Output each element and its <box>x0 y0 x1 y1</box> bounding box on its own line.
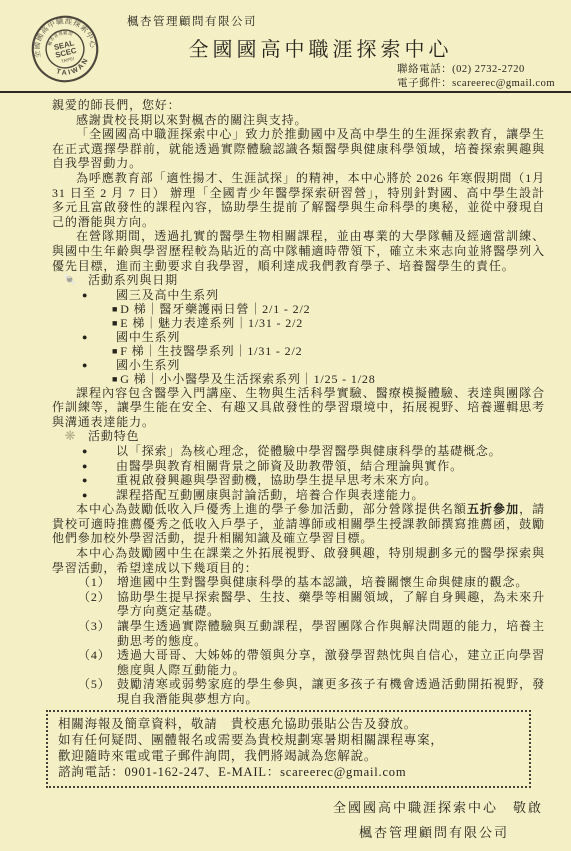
notice-line: 如有任何疑問、團體報名或需要為貴校規劃寒暑期相關課程專案， <box>58 732 519 748</box>
paragraph-team: 在營隊期間，透過扎實的醫學生物相關課程，並由專業的大學隊輔及經適當訓練、與國中生… <box>52 229 545 273</box>
candy-icon: 🍬 <box>63 273 78 288</box>
paragraph-goals-intro: 本中心為鼓勵國中生在課業之外拓展視野、啟發興趣，特別規劃多元的醫學探索與學習活動… <box>52 546 545 575</box>
paragraph-course: 課程內容包含醫學入門講座、生物與生活科學實驗、醫療模擬體驗、表達與團隊合作訓練等… <box>52 386 545 430</box>
feature-text: 課程搭配互動團康與討論活動，培養合作與表達能力。 <box>116 488 424 503</box>
series-group-label: 國小生系列 <box>116 358 180 372</box>
series-item-label: E 梯｜魅力表達系列｜1/31 - 2/2 <box>120 316 303 330</box>
series-item: ■ F 梯｜生技醫學系列｜1/31 - 2/2 <box>52 344 545 358</box>
series-group-label: 國中生系列 <box>116 330 180 344</box>
goal-number: （4） <box>78 648 117 677</box>
company-name: 楓杏管理顧問有限公司 <box>127 13 257 29</box>
goal-item: （2） 協助學生提早探索醫學、生技、藥學等相關領域，了解自身興趣，為未來升學方向… <box>52 590 545 619</box>
goal-number: （2） <box>78 590 117 619</box>
closing-signature: 全國國高中職涯探索中心 敬啟 楓杏管理顧問有限公司 <box>52 795 545 845</box>
series-item-label: D 梯｜醫牙藥護兩日營｜2/1 - 2/2 <box>120 302 310 316</box>
notice-line: 諮詢電話：0901-162-247、E-MAIL：scareerec@gmail… <box>58 764 519 780</box>
feature-item: ● 課程搭配互動團康與討論活動，培養合作與表達能力。 <box>52 488 545 503</box>
series-item-label: F 梯｜生技醫學系列｜1/31 - 2/2 <box>120 344 302 358</box>
goal-text: 協助學生提早探索醫學、生技、藥學等相關領域，了解自身興趣，為未來升學方向奠定基礎… <box>117 590 545 619</box>
feature-text: 重視啟發興趣與學習動機，協助學生提早思考未來方向。 <box>116 473 437 488</box>
contact-info: 聯絡電話：(02) 2732-2720 電子郵件：scareerec@gmail… <box>397 63 555 91</box>
bullet-icon: ● <box>82 473 91 488</box>
feature-text: 由醫學與教育相關背景之師資及助教帶領，結合理論與實作。 <box>116 459 463 474</box>
feature-item: ● 重視啟發興趣與學習動機，協助學生提早思考未來方向。 <box>52 473 545 488</box>
closing-organization: 全國國高中職涯探索中心 敬啟 <box>52 795 545 820</box>
paragraph-camp: 為呼應教育部「適性揚才、生涯試探」的精神，本中心將於 2026 年寒假期間（1月… <box>52 171 545 229</box>
contact-phone: 聯絡電話：(02) 2732-2720 <box>397 63 555 77</box>
series-item: ■ D 梯｜醫牙藥護兩日營｜2/1 - 2/2 <box>52 302 545 316</box>
discount-text-bold: 五折參加 <box>467 502 519 516</box>
series-item-label: G 梯｜小小醫學及生活探索系列｜1/25 - 1/28 <box>120 372 375 386</box>
goal-text: 透過大哥哥、大姊姊的帶領與分享，激發學習熱忱與自信心，建立正向學習態度與人際互動… <box>117 648 545 677</box>
goal-number: （5） <box>78 677 117 706</box>
series-item: ■ G 梯｜小小醫學及生活探索系列｜1/25 - 1/28 <box>52 372 545 386</box>
letter-page: 全國國高中職涯探索中心 TAIWAN 楓杏管理顧問 SEAL SCEC TAIP… <box>0 0 571 851</box>
notice-box: 相關海報及簡章資料，敬請 貴校惠允協助張貼公告及發放。 如有任何疑問、團體報名或… <box>46 710 531 789</box>
goal-item: （1） 增進國中生對醫學與健康科學的基本認識，培養關懷生命與健康的觀念。 <box>52 575 545 590</box>
square-bullet-icon: ■ <box>112 344 118 358</box>
goal-text: 讓學生透過實際體驗與互動課程，學習團隊合作與解決問題的能力，培養主動思考的態度。 <box>117 619 545 648</box>
bullet-icon: ● <box>82 488 91 503</box>
square-bullet-icon: ■ <box>112 372 118 386</box>
bullet-icon: ● <box>82 288 91 302</box>
series-group: ● 國小生系列 <box>52 358 545 372</box>
header-divider <box>0 91 571 93</box>
bullet-icon: ● <box>82 330 91 344</box>
notice-line: 相關海報及簡章資料，敬請 貴校惠允協助張貼公告及發放。 <box>58 716 519 732</box>
goal-item: （3） 讓學生透過實際體驗與互動課程，學習團隊合作與解決問題的能力，培養主動思考… <box>52 619 545 648</box>
series-group-label: 國三及高中生系列 <box>116 288 219 302</box>
series-item: ■ E 梯｜魅力表達系列｜1/31 - 2/2 <box>52 316 545 330</box>
square-bullet-icon: ■ <box>112 316 118 330</box>
feature-text: 以「探索」為核心理念，從體驗中學習醫學與健康科學的基礎概念。 <box>116 444 502 459</box>
paragraph-intro: 「全國國高中職涯探索中心」致力於推動國中及高中學生的生涯探索教育，讓學生在正式選… <box>52 127 545 171</box>
features-section-heading: ❋ 活動特色 <box>52 429 545 444</box>
goal-item: （4） 透過大哥哥、大姊姊的帶領與分享，激發學習熱忱與自信心，建立正向學習態度與… <box>52 648 545 677</box>
notice-line: 歡迎隨時來電或電子郵件詢問，我們將竭誠為您解說。 <box>58 748 519 764</box>
bullet-icon: ● <box>82 444 91 459</box>
greeting: 親愛的師長們，您好： <box>52 98 545 113</box>
goal-number: （3） <box>78 619 117 648</box>
page-title: 全國國高中職涯探索中心 <box>70 33 571 62</box>
paragraph-discount: 本中心為鼓勵低收入戶優秀上進的學子參加活動，部分營隊提供名額五折參加，請貴校可適… <box>52 502 545 546</box>
goal-number: （1） <box>78 575 117 590</box>
sparkle-icon: ❋ <box>63 429 78 444</box>
closing-company: 楓杏管理顧問有限公司 <box>52 820 545 845</box>
letter-body: 親愛的師長們，您好： 感謝貴校長期以來對楓杏的關注與支持。 「全國國高中職涯探索… <box>52 98 545 845</box>
paragraph-thanks: 感謝貴校長期以來對楓杏的關注與支持。 <box>52 113 545 128</box>
goal-item: （5） 鼓勵清寒或弱勢家庭的學生參與，讓更多孩子有機會透過活動開拓視野，發現自我… <box>52 677 545 706</box>
feature-item: ● 以「探索」為核心理念，從體驗中學習醫學與健康科學的基礎概念。 <box>52 444 545 459</box>
series-group: ● 國三及高中生系列 <box>52 288 545 302</box>
bullet-icon: ● <box>82 459 91 474</box>
letterhead: 全國國高中職涯探索中心 TAIWAN 楓杏管理顧問 SEAL SCEC TAIP… <box>0 0 571 93</box>
contact-email: 電子郵件：scareerec@gmail.com <box>397 77 555 91</box>
goal-text: 鼓勵清寒或弱勢家庭的學生參與，讓更多孩子有機會透過活動開拓視野，發現自我潛能與夢… <box>117 677 545 706</box>
feature-item: ● 由醫學與教育相關背景之師資及助教帶領，結合理論與實作。 <box>52 459 545 474</box>
series-section-heading: 🍬 活動系列與日期 <box>52 273 545 288</box>
features-heading-label: 活動特色 <box>88 429 139 444</box>
square-bullet-icon: ■ <box>112 302 118 316</box>
series-heading-label: 活動系列與日期 <box>88 273 178 288</box>
bullet-icon: ● <box>82 358 91 372</box>
series-group: ● 國中生系列 <box>52 330 545 344</box>
discount-text-pre: 本中心為鼓勵低收入戶優秀上進的學子參加活動，部分營隊提供名額 <box>76 502 467 516</box>
goal-text: 增進國中生對醫學與健康科學的基本認識，培養關懷生命與健康的觀念。 <box>117 575 545 590</box>
